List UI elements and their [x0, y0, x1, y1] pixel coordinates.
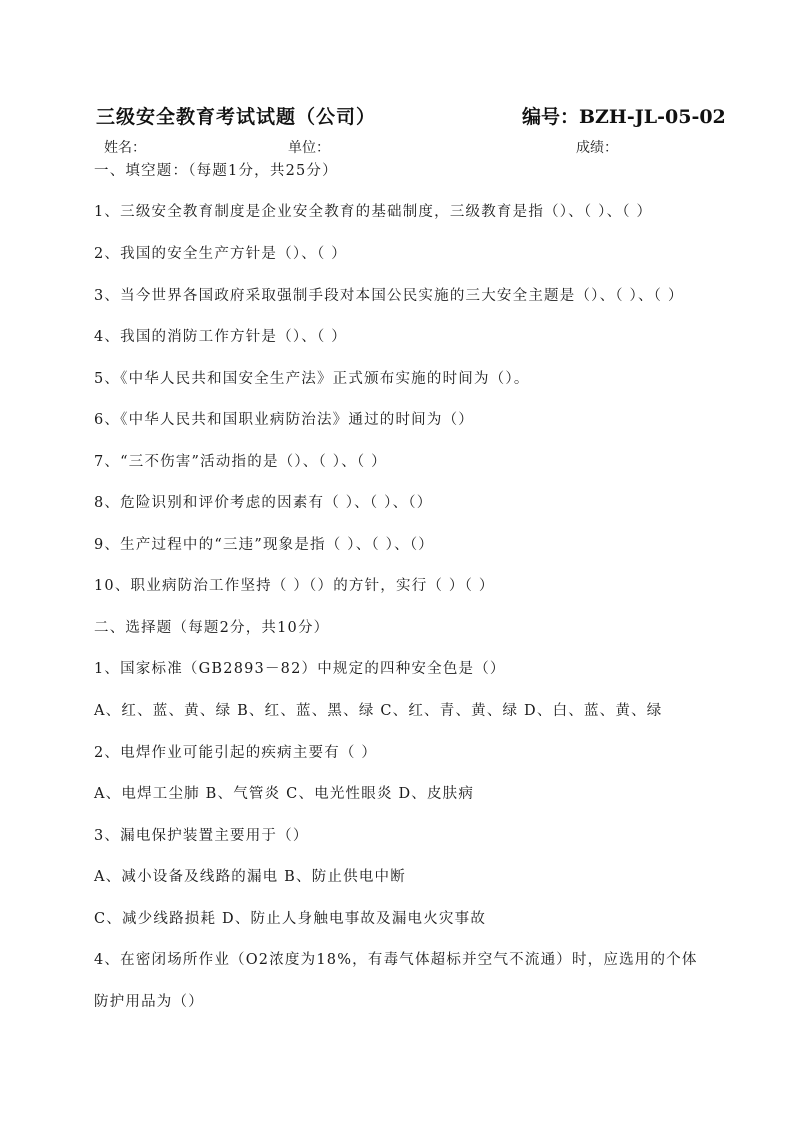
choice-question-3-options-cd: C、减少线路损耗 D、防止人身触电事故及漏电火灾事故 [94, 907, 486, 928]
question-1: 1、三级安全教育制度是企业安全教育的基础制度，三级教育是指（）、（ ）、（ ） [94, 200, 652, 221]
question-6: 6、《中华人民共和国职业病防治法》通过的时间为（） [94, 408, 474, 429]
section-heading-fill-blank: 一、填空题：（每题1分，共25分） [94, 159, 338, 180]
section-heading-multiple-choice: 二、选择题（每题2分，共10分） [94, 616, 329, 637]
document-title: 三级安全教育考试试题（公司） [96, 102, 376, 129]
document-code: 编号：BZH-JL-05-02 [522, 102, 726, 129]
question-9: 9、生产过程中的“三违”现象是指（ ）、（ ）、（） [94, 533, 434, 554]
choice-question-4-continued: 防护用品为（） [94, 990, 204, 1011]
choice-question-2-options: A、电焊工尘肺 B、气管炎 C、电光性眼炎 D、皮肤病 [94, 782, 474, 803]
choice-question-3-options-ab: A、减小设备及线路的漏电 B、防止供电中断 [94, 865, 406, 886]
score-label: 成绩： [576, 137, 618, 157]
question-4: 4、我国的消防工作方针是（）、（ ） [94, 325, 347, 346]
choice-question-4: 4、在密闭场所作业（O2浓度为18%，有毒气体超标并空气不流通）时，应选用的个体 [94, 948, 698, 969]
question-3: 3、当今世界各国政府采取强制手段对本国公民实施的三大安全主题是（）、（ ）、（ … [94, 284, 684, 305]
choice-question-3: 3、漏电保护装置主要用于（） [94, 824, 309, 845]
question-7: 7、“三不伤害”活动指的是（）、（ ）、（ ） [94, 450, 387, 471]
question-10: 10、职业病防治工作坚持（ ）（）的方针，实行（ ）（ ） [94, 574, 495, 595]
name-label: 姓名： [104, 137, 146, 157]
choice-question-1: 1、国家标准（GB2893－82）中规定的四种安全色是（） [94, 657, 506, 678]
choice-question-1-options: A、红、蓝、黄、绿 B、红、蓝、黑、绿 C、红、青、黄、绿 D、白、蓝、黄、绿 [94, 699, 662, 720]
unit-label: 单位： [288, 137, 330, 157]
choice-question-2: 2、电焊作业可能引起的疾病主要有（ ） [94, 741, 377, 762]
question-8: 8、危险识别和评价考虑的因素有（ ）、（ ）、（） [94, 491, 432, 512]
question-5: 5、《中华人民共和国安全生产法》正式颁布实施的时间为（）。 [94, 367, 530, 388]
question-2: 2、我国的安全生产方针是（）、（ ） [94, 242, 347, 263]
exam-page: 三级安全教育考试试题（公司） 编号：BZH-JL-05-02 姓名： 单位： 成… [0, 0, 793, 1122]
